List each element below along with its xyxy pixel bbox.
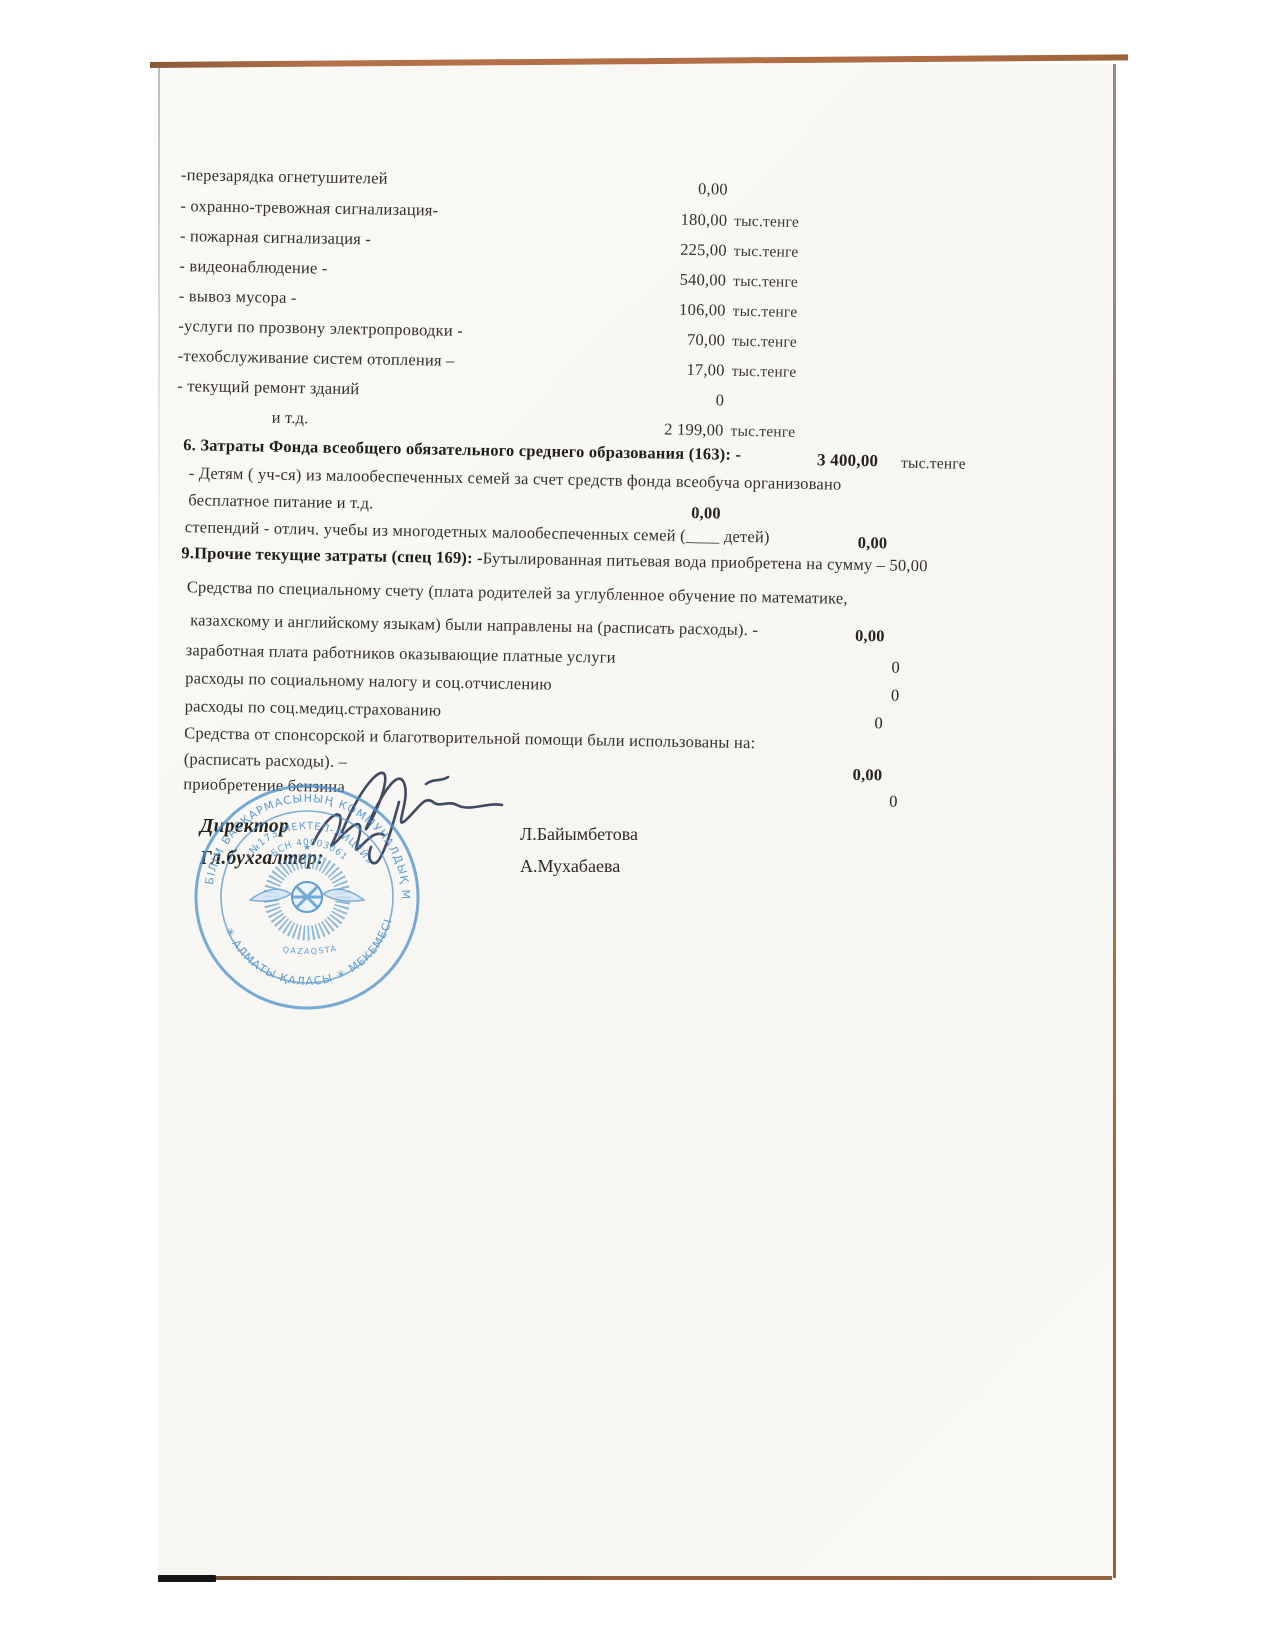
expense-label: - вывоз мусора - xyxy=(179,287,616,314)
expense-label: - текущий ремонт зданий xyxy=(177,377,614,404)
scan-edge-top xyxy=(150,54,1128,68)
section9-medical-value: 0 xyxy=(874,714,883,733)
section9-petrol-value: 0,00 xyxy=(852,766,882,785)
scan-edge-bottom-mark xyxy=(158,1575,216,1582)
scan-edge-left xyxy=(158,68,160,588)
section6-amount: 3 400,00 xyxy=(817,450,878,471)
expense-label: -перезарядка огнетушителей xyxy=(181,166,618,193)
document-body: -перезарядка огнетушителей0,00 - охранно… xyxy=(160,64,1090,80)
section6-stipend-value: 0,00 xyxy=(857,534,887,553)
section6-amount-unit: тыс.тенге xyxy=(901,455,966,474)
scan-edge-right xyxy=(1113,64,1116,1578)
expense-unit: тыс.тенге xyxy=(725,333,821,352)
section9-final-zero: 0 xyxy=(889,793,898,812)
section9-special-value: 0,00 xyxy=(855,627,885,646)
expense-unit: тыс.тенге xyxy=(726,273,822,292)
expense-value: 2 199,00 xyxy=(613,420,723,441)
expense-unit xyxy=(724,393,820,395)
section9-line-special1: Средства по специальному счету (плата ро… xyxy=(187,578,1082,613)
official-stamp: БІЛІМ БАСҚАРМАСЫНЫҢ КОММУНАЛДЫҚ МЕМЛЕКЕТ… xyxy=(188,778,426,1016)
expense-unit: тыс.тенге xyxy=(727,243,823,262)
section6-meals-value: 0,00 xyxy=(691,504,721,523)
expense-value: 540,00 xyxy=(616,270,726,291)
director-name: Л.Байымбетова xyxy=(520,824,638,845)
expense-value: 0,00 xyxy=(618,179,728,200)
emblem-wing-right xyxy=(323,889,364,901)
emblem-wing-left xyxy=(250,889,291,901)
accountant-name: А.Мухабаева xyxy=(520,856,620,877)
expense-label: -услуги по прозвону электропроводки - xyxy=(178,317,615,344)
expense-value: 70,00 xyxy=(615,330,725,351)
section6-heading-text: 6. Затраты Фонда всеобщего обязательного… xyxy=(183,435,741,464)
expense-value: 180,00 xyxy=(617,210,727,231)
expense-label: -техобслуживание систем отопления – xyxy=(178,347,615,374)
section9-line-special2: казахскому и английскому языкам) были на… xyxy=(190,611,1085,646)
scanned-page: -перезарядка огнетушителей0,00 - охранно… xyxy=(158,64,1114,1578)
emblem-star-icon: ★ xyxy=(303,843,311,853)
expense-label: - видеонаблюдение - xyxy=(179,257,616,284)
expense-label: - пожарная сигнализация - xyxy=(180,227,617,254)
expense-unit: тыс.тенге xyxy=(724,363,820,382)
expense-value: 17,00 xyxy=(614,360,724,381)
section9-heading-bold: 9.Прочие текущие затраты (спец 169): - xyxy=(181,543,483,567)
expense-value: 0 xyxy=(614,390,724,411)
expense-label: - охранно-тревожная сигнализация- xyxy=(180,197,617,224)
scan-edge-bottom xyxy=(158,1576,1112,1580)
section9-social-value: 0 xyxy=(891,687,900,706)
expense-unit: тыс.тенге xyxy=(726,303,822,322)
expense-value: 106,00 xyxy=(616,300,726,321)
expense-label: и т.д. xyxy=(177,407,614,434)
expense-unit: тыс.тенге xyxy=(723,423,819,442)
section9-salary-value: 0 xyxy=(891,659,900,678)
expense-unit: тыс.тенге xyxy=(727,213,823,232)
expense-value: 225,00 xyxy=(617,240,727,261)
expense-unit xyxy=(728,182,824,184)
